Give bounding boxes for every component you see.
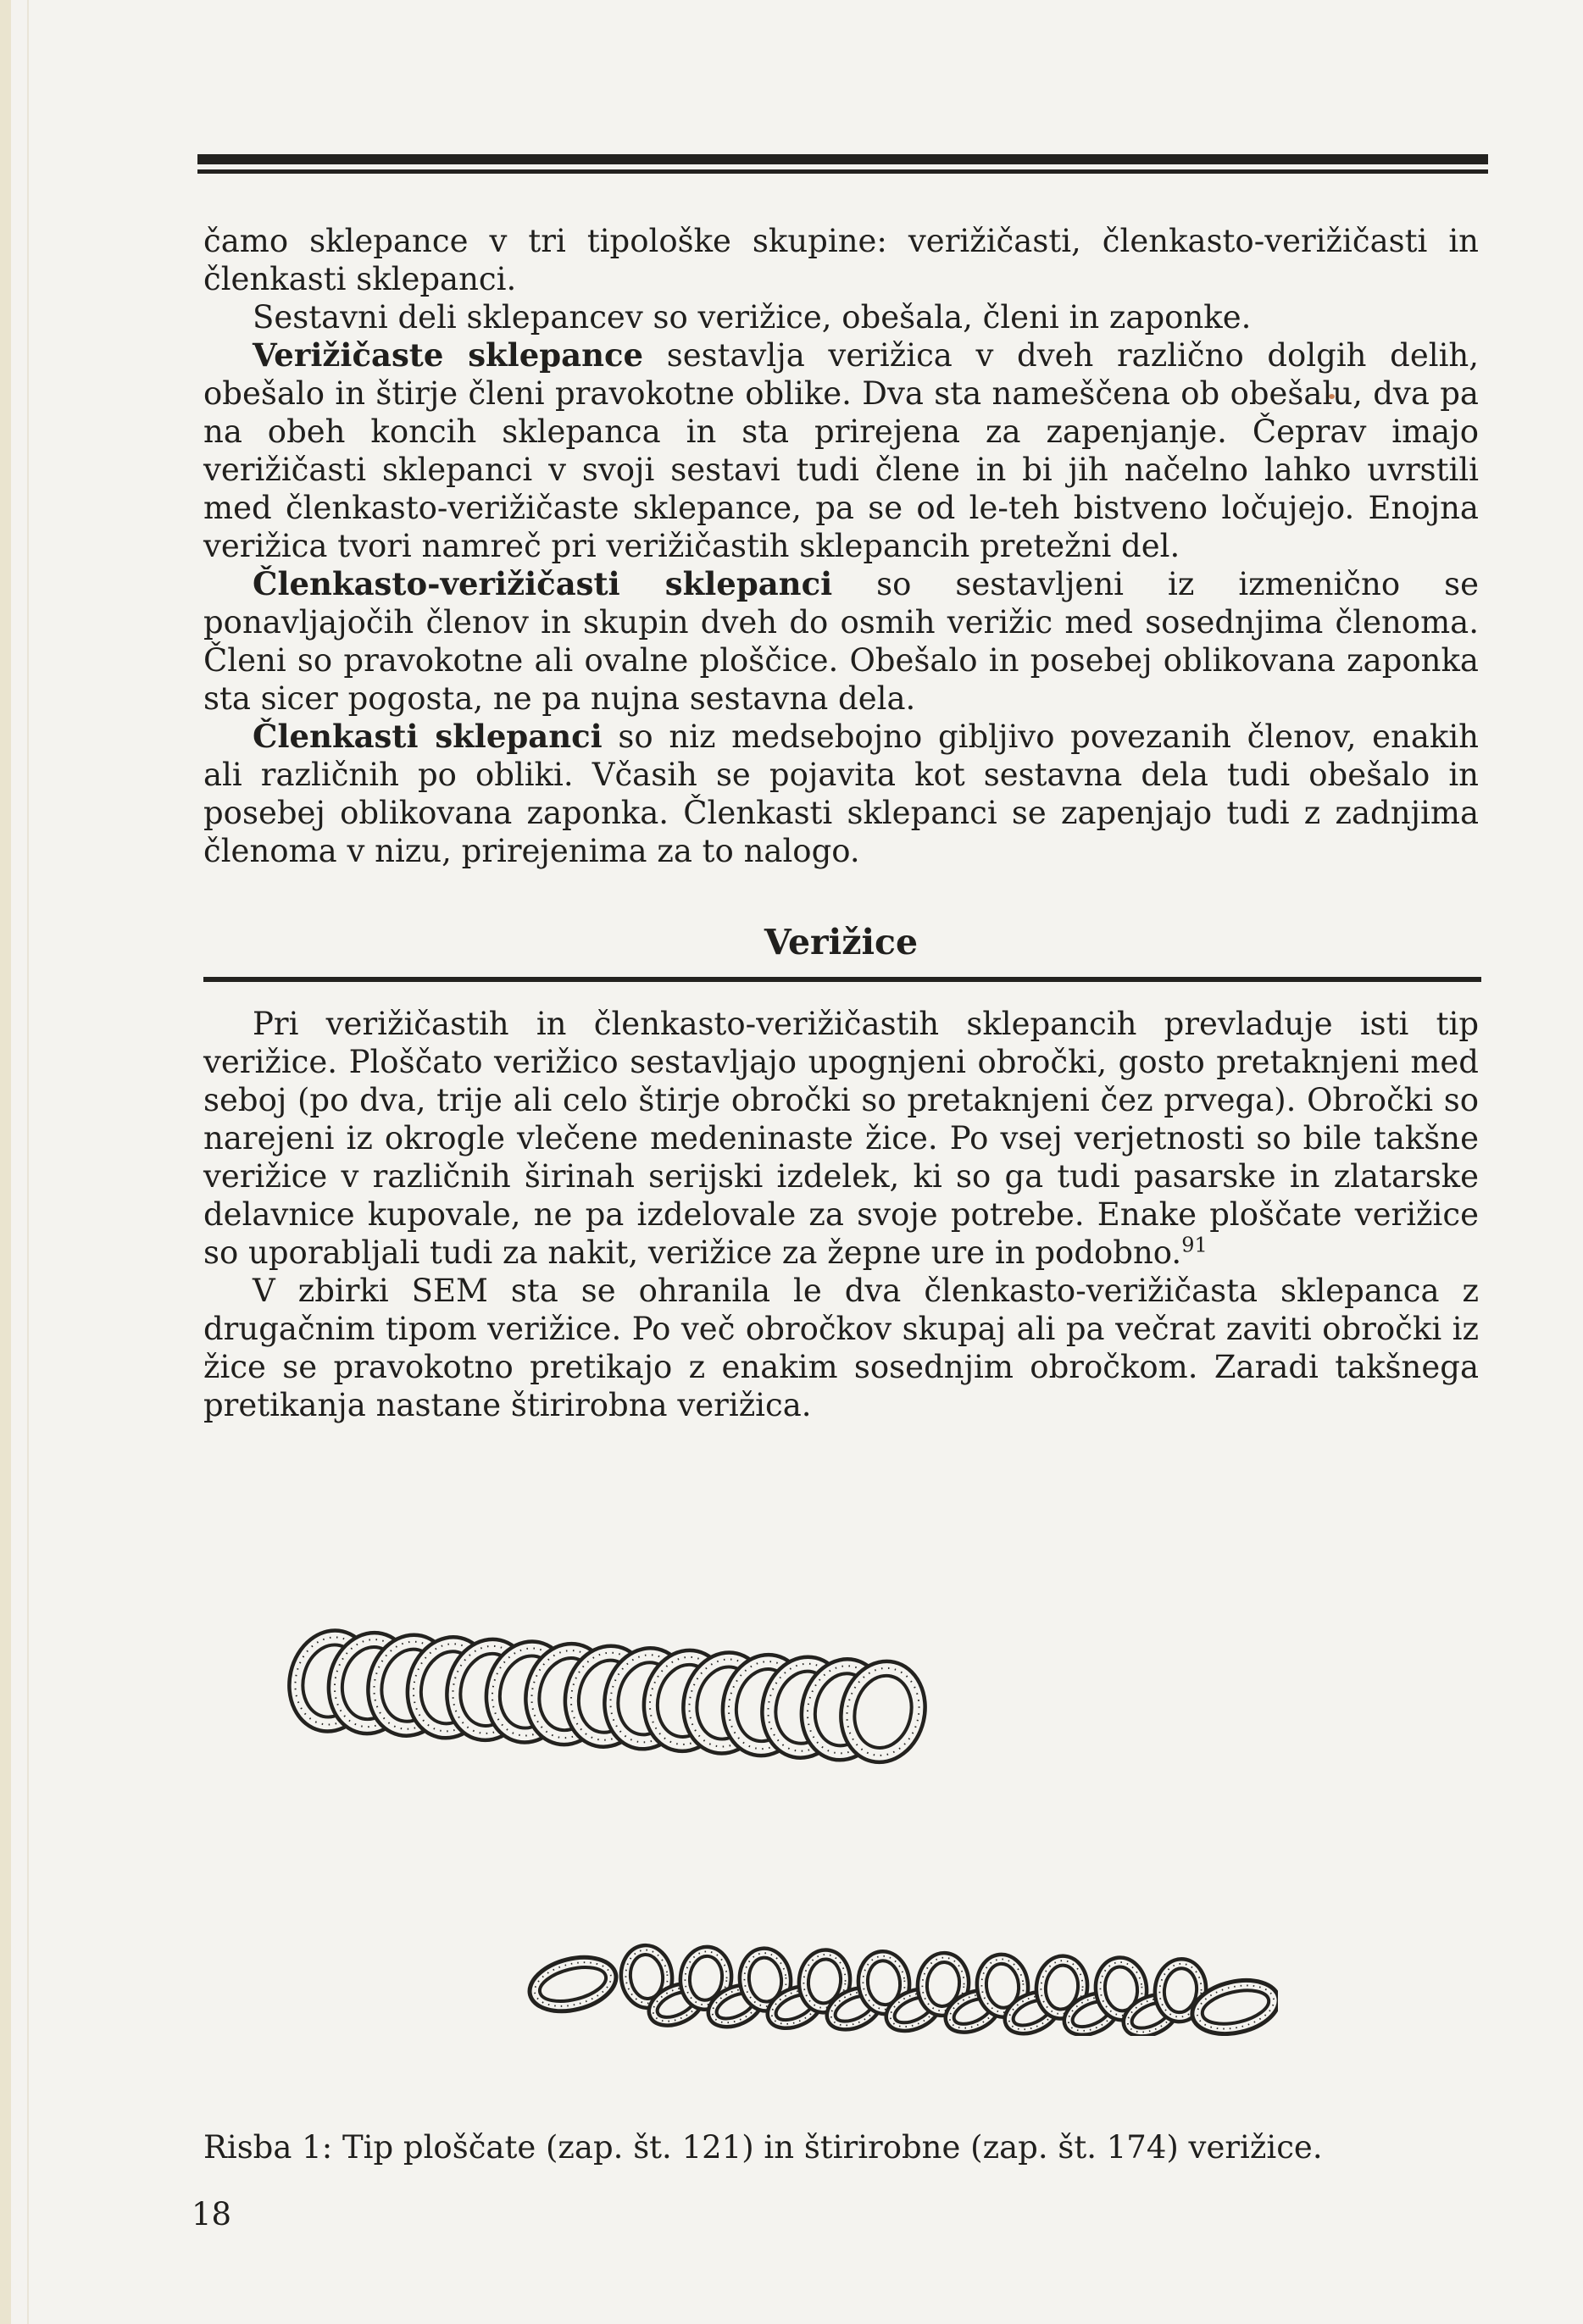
intro-text-block: čamo sklepance v tri tipološke skupine: … bbox=[203, 222, 1479, 870]
paragraph: Verižičaste sklepance sestavlja verižica… bbox=[203, 336, 1479, 565]
scanned-page: čamo sklepance v tri tipološke skupine: … bbox=[0, 0, 1583, 2324]
paragraph: Členkasti sklepanci so niz medsebojno gi… bbox=[203, 718, 1479, 870]
double-rule-thin bbox=[197, 169, 1488, 174]
paragraph-text: Pri verižičastih in členkasto-verižičast… bbox=[203, 1006, 1479, 1271]
paragraph: Členkasto-verižičasti sklepanci so sesta… bbox=[203, 565, 1479, 718]
section-rule bbox=[203, 977, 1481, 982]
bold-lead: Členkasti sklepanci bbox=[253, 718, 603, 755]
bold-lead: Členkasto-verižičasti sklepanci bbox=[253, 565, 832, 602]
four-edged-chain-drawing bbox=[515, 1930, 1278, 2036]
section-text-block: Pri verižičastih in členkasto-verižičast… bbox=[203, 1005, 1479, 1424]
double-rule-thick bbox=[197, 154, 1488, 164]
bold-lead: Verižičaste sklepance bbox=[253, 336, 643, 374]
paragraph: Sestavni deli sklepancev so verižice, ob… bbox=[203, 298, 1479, 336]
paragraph: Pri verižičastih in členkasto-verižičast… bbox=[203, 1005, 1479, 1272]
footnote-ref: 91 bbox=[1181, 1234, 1208, 1257]
figure-caption: Risba 1: Tip ploščate (zap. št. 121) in … bbox=[203, 2129, 1479, 2166]
page-number: 18 bbox=[192, 2196, 231, 2232]
page-edge-shadow bbox=[0, 0, 11, 2324]
section-title: Verižice bbox=[203, 922, 1479, 962]
paragraph: V zbirki SEM sta se ohranila le dva člen… bbox=[203, 1272, 1479, 1424]
scan-crease-line bbox=[27, 0, 29, 2324]
flat-chain-drawing bbox=[285, 1627, 941, 1771]
paragraph-continuation: čamo sklepance v tri tipološke skupine: … bbox=[203, 222, 1479, 298]
